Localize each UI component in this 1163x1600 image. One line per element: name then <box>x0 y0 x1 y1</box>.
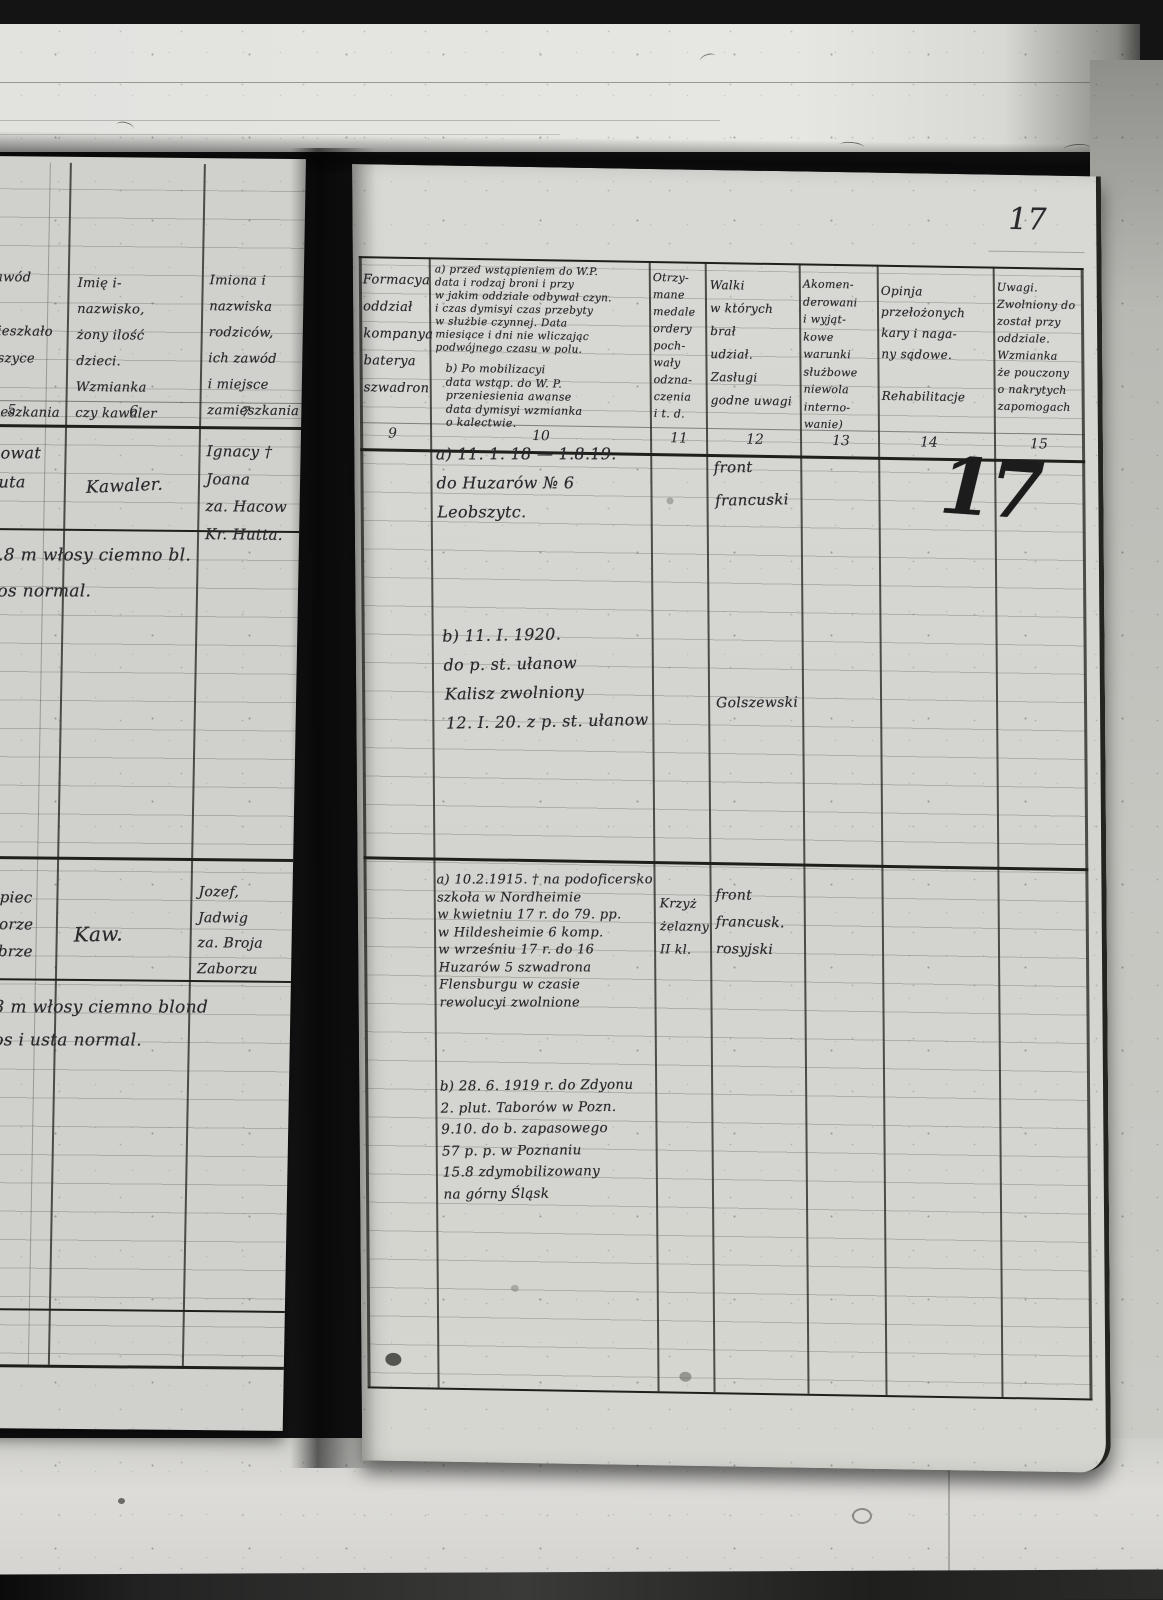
column-number: 5 <box>7 402 16 418</box>
record1-description: …8 m włosy ciemno bl. nos normal. <box>0 537 287 609</box>
record1-parents: Ignacy † Joana za. Hacow Kr. Hutta. <box>205 438 301 549</box>
record1-residence: …owat Huta <box>0 438 54 497</box>
binding-gutter-shadow <box>290 148 376 1468</box>
ruled-line <box>0 120 720 121</box>
header-col10a: a) przed wstąpieniem do W.P. data i rodz… <box>435 263 648 358</box>
header-col14: Opinja przełożonych kary i naga- ny sądo… <box>881 281 994 409</box>
column-number: 13 <box>832 433 850 449</box>
ink-blot <box>679 1372 691 1382</box>
column-number: 14 <box>920 434 938 450</box>
record2-description: …3 m włosy ciemno blond …os i usta norma… <box>0 991 286 1057</box>
record2-service-b: b) 28. 6. 1919 r. do Zdyonu 2. plut. Tab… <box>439 1074 673 1205</box>
ink-blot <box>511 1285 519 1292</box>
record1-signature: Golszewski <box>716 694 817 712</box>
right-ledger-page: 17 Formacya oddział kompanya baterya szw… <box>352 164 1111 1473</box>
ink-blot <box>385 1353 401 1366</box>
ruled-area <box>359 264 1092 1396</box>
record2-parents: Jozef, Jadwig za. Broja Zaborzu <box>197 880 293 983</box>
column-number: 11 <box>670 430 688 446</box>
bottom-shadow-band <box>0 1569 1163 1600</box>
header-col11: Otrzy- mane medale ordery poch- wały odz… <box>653 269 706 423</box>
scratch-mark <box>699 52 717 66</box>
column-number: 9 <box>388 426 397 442</box>
record1-large-number: 17 <box>937 437 1042 541</box>
record2-marital: Kaw. <box>74 920 174 948</box>
header-col7: Imiona i nazwiska rodziców, ich zawód i … <box>207 268 302 425</box>
header-col10b: b) Po mobilizacyi data wstąp. do W. P. p… <box>446 362 647 433</box>
left-ledger-page: Zawód …mieszkało …szyce …mieszkania Imię… <box>0 156 306 1431</box>
header-col13: Akomen- derowani i wyjąt- kowe warunki s… <box>803 275 878 434</box>
record2-battles: front francusk. rosyjski <box>716 882 807 965</box>
header-col12: Walki w których brał udział. Zasługi god… <box>710 274 799 413</box>
page-number: 17 <box>1008 201 1047 239</box>
scanned-ledger-photo: Zawód …mieszkało …szyce …mieszkania Imię… <box>0 0 1163 1600</box>
ink-blot <box>667 497 674 504</box>
underline <box>989 251 1085 254</box>
column-number: 6 <box>129 403 138 419</box>
column-number: 7 <box>241 404 250 420</box>
column-number: 12 <box>746 432 764 448</box>
record2-residence: …upiec …borze …abrze <box>0 884 55 966</box>
record2-decorations: Krzyż żelazny II kl. <box>660 891 713 961</box>
record1-service-b: b) 11. I. 1920. do p. st. ułanow Kalisz … <box>442 617 677 737</box>
record1-battles: front francuski <box>713 450 806 518</box>
ruled-line <box>0 82 1140 83</box>
header-col15: Uwagi. Zwolniony do został przy oddziale… <box>997 279 1084 416</box>
record1-service-a: a) 11. 1. 18 — 1.8.19. do Huzarów № 6 Le… <box>435 439 657 526</box>
ink-ring <box>852 1508 872 1524</box>
ink-speck <box>118 1498 125 1504</box>
record2-service-a: a) 10.2.1915. † na podoficersko szkoła w… <box>436 871 665 1011</box>
